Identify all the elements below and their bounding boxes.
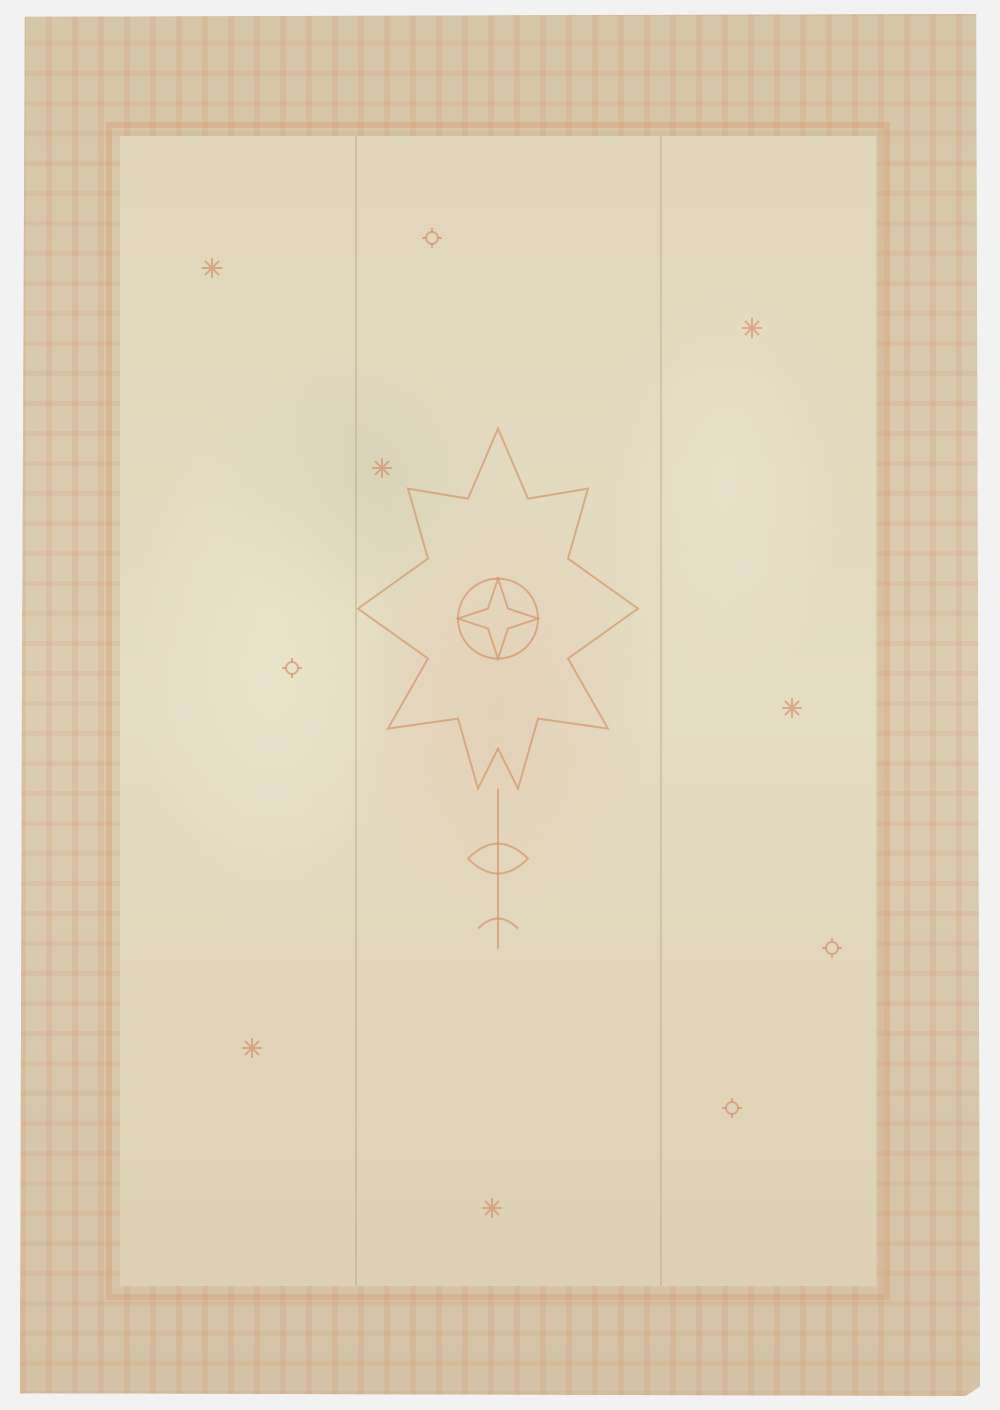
central-medallion xyxy=(348,409,648,969)
floral-motif-icon xyxy=(370,456,394,480)
floral-motif-icon xyxy=(420,226,444,250)
rug-seam xyxy=(660,136,662,1286)
floral-motif-icon xyxy=(240,1036,264,1060)
floral-motif-icon xyxy=(780,696,804,720)
floral-motif-icon xyxy=(820,936,844,960)
floral-motif-icon xyxy=(740,316,764,340)
rug-field xyxy=(120,136,876,1286)
floral-motif-icon xyxy=(200,256,224,280)
floral-motif-icon xyxy=(480,1196,504,1220)
floral-motif-icon xyxy=(720,1096,744,1120)
rug xyxy=(20,14,980,1396)
floral-motif-icon xyxy=(280,656,304,680)
